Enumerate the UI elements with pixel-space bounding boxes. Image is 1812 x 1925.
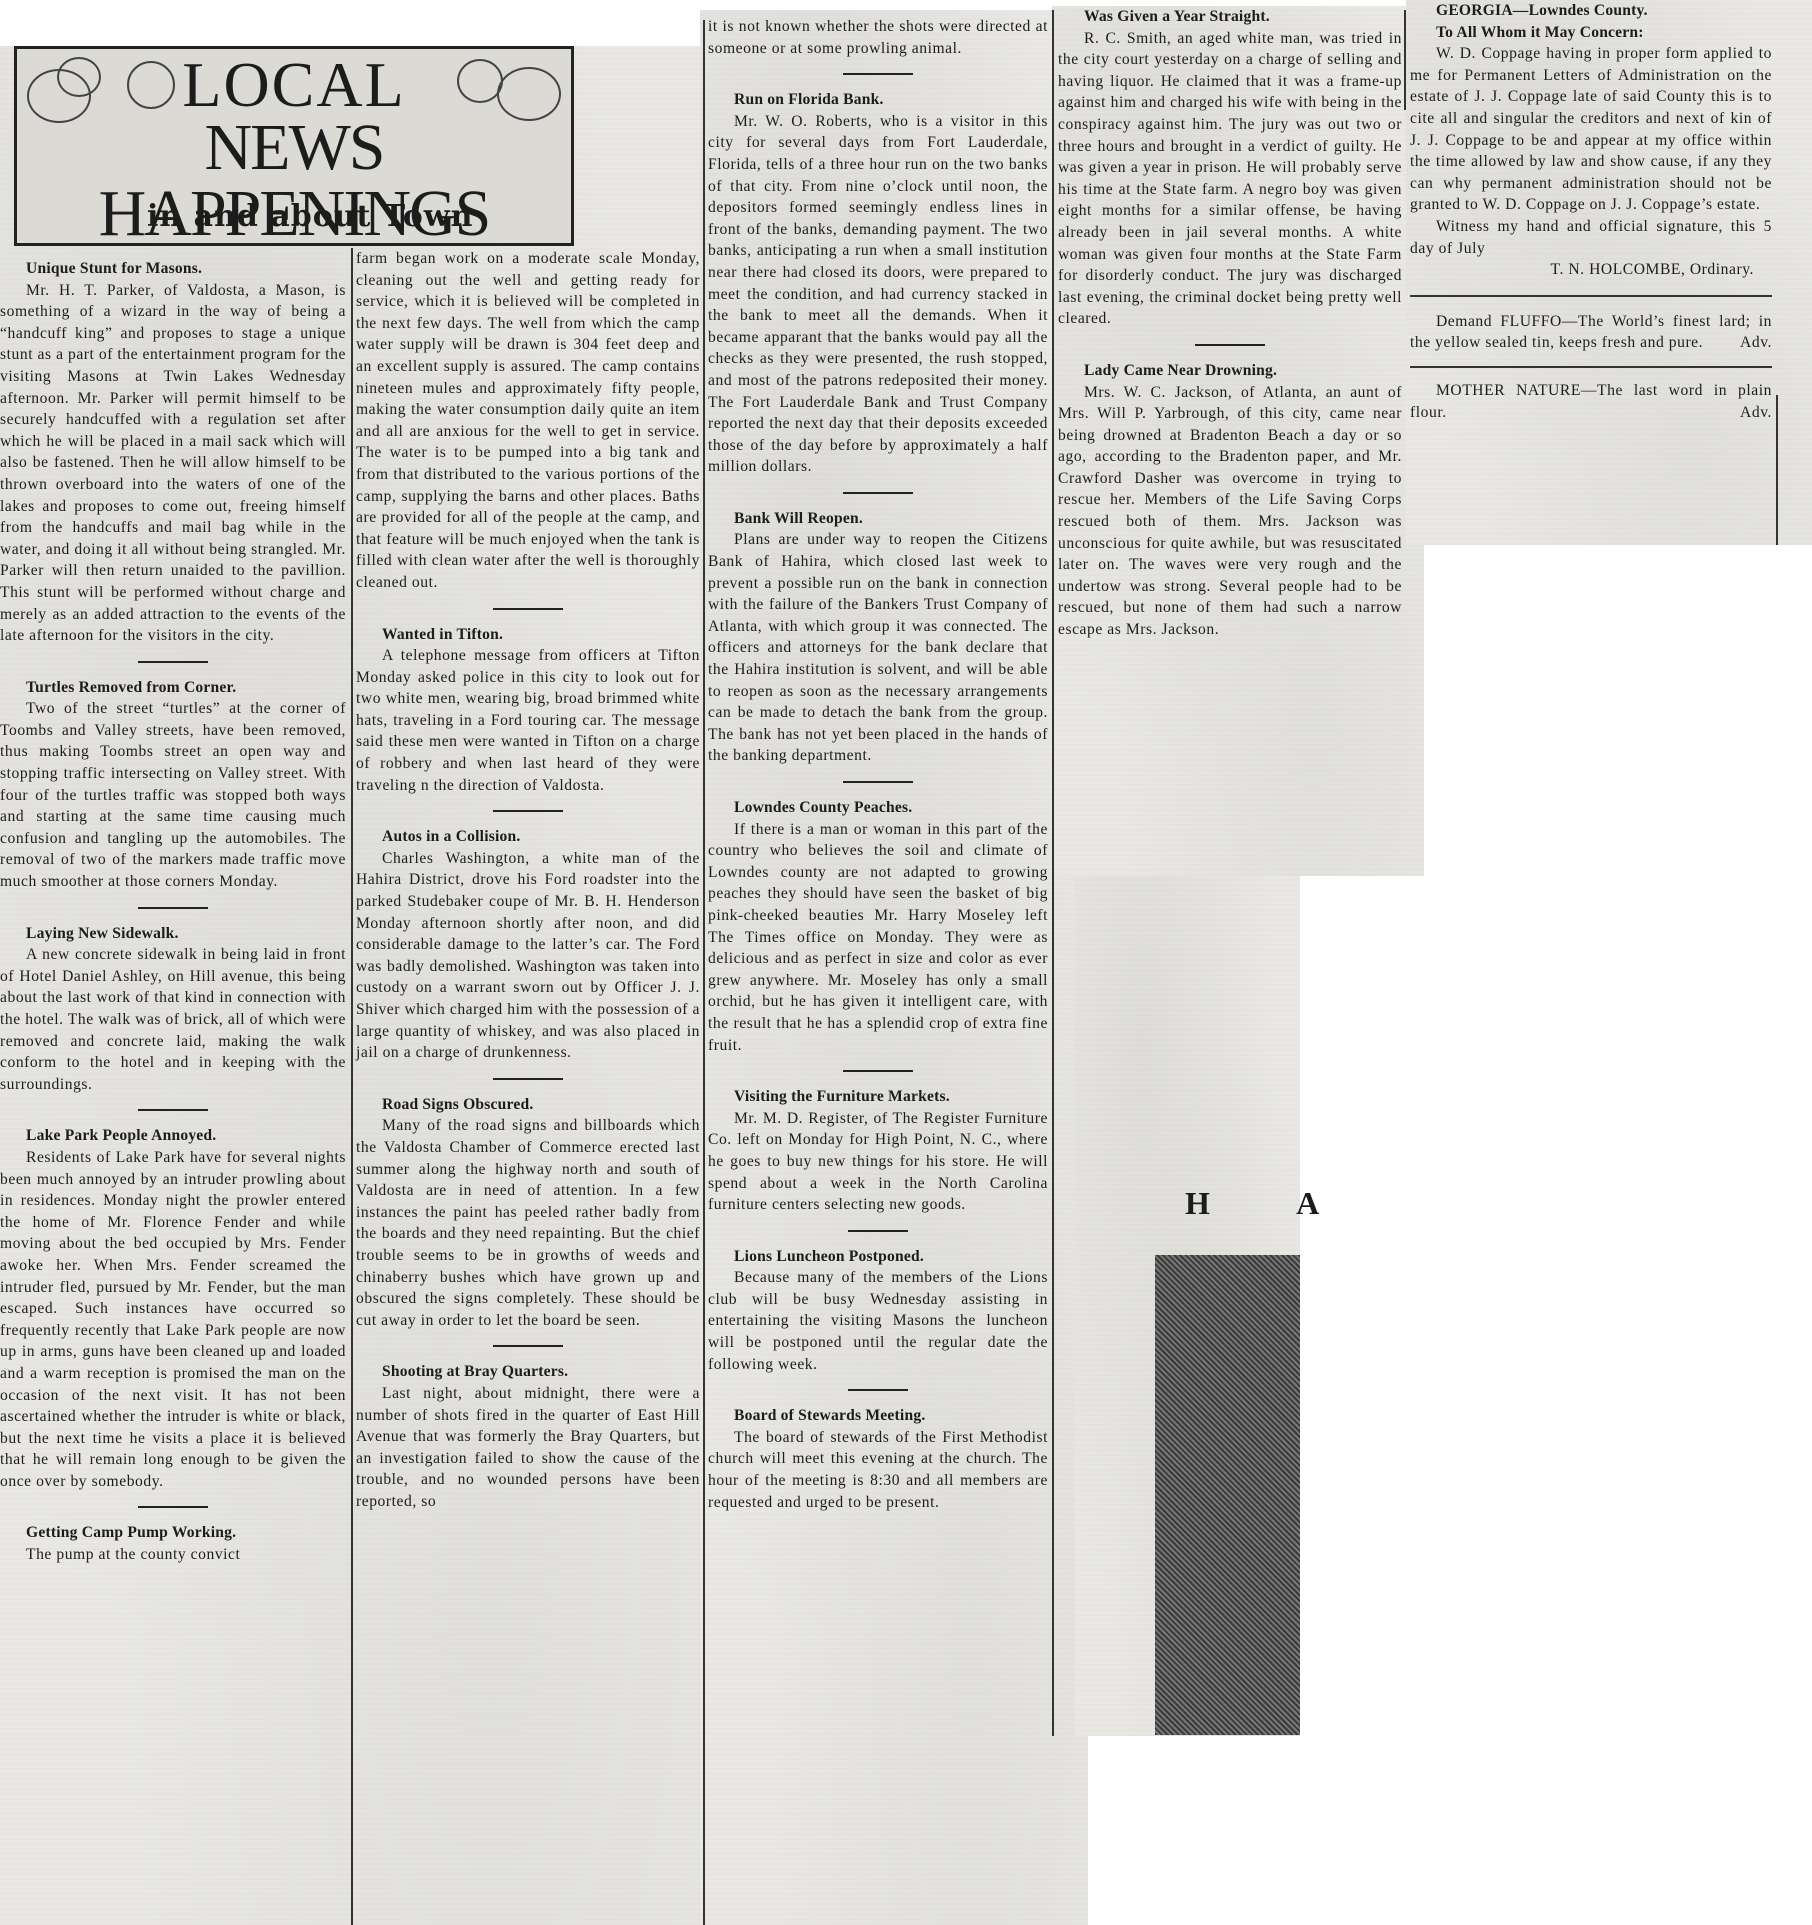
divider-rule (848, 1389, 908, 1391)
article-board-stewards: Board of Stewards Meeting. The board of … (708, 1405, 1048, 1513)
headline: Wanted in Tifton. (356, 624, 700, 646)
headline: Turtles Removed from Corner. (0, 677, 346, 699)
article-body: A telephone message from officers at Tif… (356, 645, 700, 796)
divider-rule (1410, 295, 1772, 297)
article-body: The board of stewards of the First Metho… (708, 1427, 1048, 1513)
notice-salutation: To All Whom it May Concern: (1410, 22, 1772, 44)
headline: Run on Florida Bank. (708, 89, 1048, 111)
divider-rule (843, 781, 913, 783)
article-body: Mr. H. T. Parker, of Valdosta, a Mason, … (0, 280, 346, 647)
article-body: R. C. Smith, an aged white man, was trie… (1058, 28, 1402, 330)
article-wanted-tifton: Wanted in Tifton. A telephone message fr… (356, 624, 700, 797)
article-body: If there is a man or woman in this part … (708, 819, 1048, 1057)
ad-fluffo: Demand FLUFFO—The World’s finest lard; i… (1410, 311, 1772, 354)
headline: Lowndes County Peaches. (708, 797, 1048, 819)
article-body: Mr. M. D. Register, of The Register Furn… (708, 1108, 1048, 1216)
article-camp-pump-continued: farm began work on a moderate scale Mond… (356, 248, 700, 594)
ad-text: MOTHER NATURE—The last word in plain flo… (1410, 380, 1772, 423)
article-florida-bank: Run on Florida Bank. Mr. W. O. Roberts, … (708, 89, 1048, 478)
article-turtles-removed: Turtles Removed from Corner. Two of the … (0, 677, 346, 893)
headline: Lady Came Near Drowning. (1058, 360, 1402, 382)
ad-text: Demand FLUFFO—The World’s finest lard; i… (1410, 311, 1772, 354)
column-3: it is not known whether the shots were d… (708, 16, 1048, 1513)
divider-rule (1195, 344, 1265, 346)
column-4: Was Given a Year Straight. R. C. Smith, … (1058, 6, 1402, 641)
article-near-drowning: Lady Came Near Drowning. Mrs. W. C. Jack… (1058, 360, 1402, 641)
article-road-signs: Road Signs Obscured. Many of the road si… (356, 1094, 700, 1332)
headline: Shooting at Bray Quarters. (356, 1361, 700, 1383)
notice-body: W. D. Coppage having in proper form appl… (1410, 43, 1772, 216)
article-lowndes-peaches: Lowndes County Peaches. If there is a ma… (708, 797, 1048, 1056)
article-camp-pump: Getting Camp Pump Working. The pump at t… (0, 1522, 346, 1565)
masthead-line1: LOCAL (17, 53, 571, 117)
article-body: Plans are under way to reopen the Citize… (708, 529, 1048, 767)
article-unique-stunt: Unique Stunt for Masons. Mr. H. T. Parke… (0, 258, 346, 647)
article-lake-park: Lake Park People Annoyed. Residents of L… (0, 1125, 346, 1492)
column-1: Unique Stunt for Masons. Mr. H. T. Parke… (0, 258, 346, 1566)
divider-rule (843, 73, 913, 75)
legal-notice: GEORGIA—Lowndes County. To All Whom it M… (1410, 0, 1772, 281)
headline: Visiting the Furniture Markets. (708, 1086, 1048, 1108)
headline: Bank Will Reopen. (708, 508, 1048, 530)
column-2: farm began work on a moderate scale Mond… (356, 248, 700, 1512)
article-bank-reopen: Bank Will Reopen. Plans are under way to… (708, 508, 1048, 767)
column-divider (1776, 395, 1778, 545)
headline: Was Given a Year Straight. (1058, 6, 1402, 28)
divider-rule (138, 1109, 208, 1111)
divider-rule (493, 1345, 563, 1347)
adv-tag: Adv. (1714, 402, 1772, 424)
divider-rule (493, 608, 563, 610)
column-divider (1404, 10, 1406, 110)
article-bray-quarters-continued: it is not known whether the shots were d… (708, 16, 1048, 59)
article-year-straight: Was Given a Year Straight. R. C. Smith, … (1058, 6, 1402, 330)
article-furniture-markets: Visiting the Furniture Markets. Mr. M. D… (708, 1086, 1048, 1216)
headline: Laying New Sidewalk. (0, 923, 346, 945)
headline: Unique Stunt for Masons. (0, 258, 346, 280)
divider-rule (138, 661, 208, 663)
article-body: Mr. W. O. Roberts, who is a visitor in t… (708, 111, 1048, 478)
article-body: Mrs. W. C. Jackson, of Atlanta, an aunt … (1058, 382, 1402, 641)
article-body: Two of the street “turtles” at the corne… (0, 698, 346, 892)
divider-rule (843, 1070, 913, 1072)
headline: Lions Luncheon Postponed. (708, 1246, 1048, 1268)
notice-place: GEORGIA—Lowndes County. (1410, 0, 1772, 22)
divider-rule (843, 492, 913, 494)
divider-rule (493, 810, 563, 812)
article-body: A new concrete sidewalk in being laid in… (0, 944, 346, 1095)
article-body: it is not known whether the shots were d… (708, 16, 1048, 59)
article-autos-collision: Autos in a Collision. Charles Washington… (356, 826, 700, 1064)
headline: Board of Stewards Meeting. (708, 1405, 1048, 1427)
masthead: LOCAL NEWS HAPPENINGS in and about Town (14, 46, 574, 246)
headline: Autos in a Collision. (356, 826, 700, 848)
article-body: farm began work on a moderate scale Mond… (356, 248, 700, 594)
divider-rule (138, 907, 208, 909)
headline: Getting Camp Pump Working. (0, 1522, 346, 1544)
adjacent-ad-fragment: H A (1185, 1185, 1359, 1222)
divider-rule (1410, 366, 1772, 368)
masthead-line3: in and about Town (147, 199, 473, 234)
article-body: Because many of the members of the Lions… (708, 1267, 1048, 1375)
column-divider (703, 20, 705, 1925)
headline: Road Signs Obscured. (356, 1094, 700, 1116)
article-body: Residents of Lake Park have for several … (0, 1147, 346, 1493)
column-5: GEORGIA—Lowndes County. To All Whom it M… (1410, 0, 1772, 423)
article-lions-luncheon: Lions Luncheon Postponed. Because many o… (708, 1246, 1048, 1376)
article-body: Charles Washington, a white man of the H… (356, 848, 700, 1064)
article-body: Many of the road signs and billboards wh… (356, 1115, 700, 1331)
headline: Lake Park People Annoyed. (0, 1125, 346, 1147)
adv-tag: Adv. (1714, 332, 1772, 354)
divider-rule (138, 1506, 208, 1508)
article-new-sidewalk: Laying New Sidewalk. A new concrete side… (0, 923, 346, 1096)
ad-mother-nature: MOTHER NATURE—The last word in plain flo… (1410, 380, 1772, 423)
notice-witness: Witness my hand and official signature, … (1410, 216, 1772, 259)
article-bray-quarters: Shooting at Bray Quarters. Last night, a… (356, 1361, 700, 1512)
article-body: Last night, about midnight, there were a… (356, 1383, 700, 1513)
divider-rule (848, 1230, 908, 1232)
divider-rule (493, 1078, 563, 1080)
article-body: The pump at the county convict (0, 1544, 346, 1566)
notice-signature: T. N. HOLCOMBE, Ordinary. (1410, 259, 1772, 281)
halftone-photo (1155, 1255, 1300, 1735)
column-divider (351, 248, 353, 1925)
column-divider (1052, 10, 1054, 1736)
